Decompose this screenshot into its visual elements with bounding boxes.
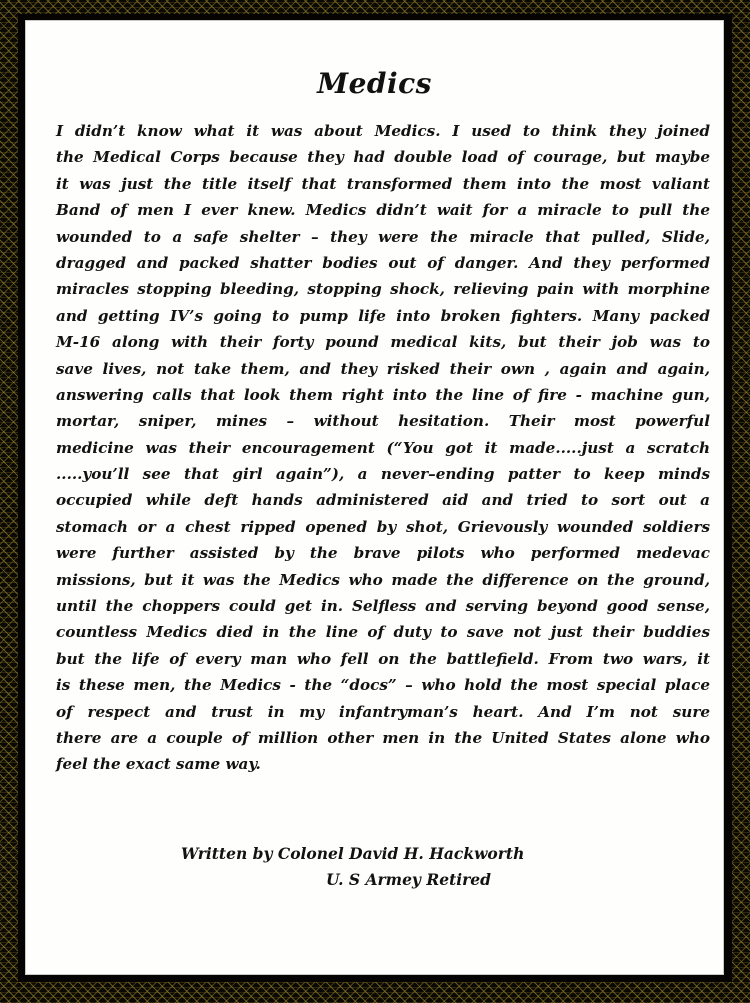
text-line: of respect and trust in my infantryman’s… — [56, 699, 710, 725]
text-line: were further assisted by the brave pilot… — [56, 540, 710, 566]
text-line: answering calls that look them right int… — [56, 382, 710, 408]
text-line: countless Medics died in the line of dut… — [56, 619, 710, 645]
text-line: missions, but it was the Medics who made… — [56, 567, 710, 593]
text-line: M-16 along with their forty pound medica… — [56, 329, 710, 355]
text-line: it was just the title itself that transf… — [56, 171, 710, 197]
text-line: .....you’ll see that girl again”), a nev… — [56, 461, 710, 487]
signature-block: Written by Colonel David H. Hackworth U.… — [181, 841, 601, 893]
text-line: but the life of every man who fell on th… — [56, 646, 710, 672]
text-line: stomach or a chest ripped opened by shot… — [56, 514, 710, 540]
text-line-final: feel the exact same way. — [56, 751, 710, 777]
text-line: occupied while deft hands administered a… — [56, 487, 710, 513]
text-line: save lives, not take them, and they risk… — [56, 356, 710, 382]
text-line: is these men, the Medics - the “docs” – … — [56, 672, 710, 698]
text-line: Band of men I ever knew. Medics didn’t w… — [56, 197, 710, 223]
text-line: mortar, sniper, mines – without hesitati… — [56, 408, 710, 434]
text-line: there are a couple of million other men … — [56, 725, 710, 751]
text-line: and getting IV’s going to pump life into… — [56, 303, 710, 329]
body-paragraph: I didn’t know what it was about Medics. … — [56, 118, 710, 778]
document-page: Medics I didn’t know what it was about M… — [26, 21, 723, 974]
text-line: miracles stopping bleeding, stopping sho… — [56, 276, 710, 302]
text-line: I didn’t know what it was about Medics. … — [56, 118, 710, 144]
text-line: until the choppers could get in. Selfles… — [56, 593, 710, 619]
text-line: wounded to a safe shelter – they were th… — [56, 224, 710, 250]
rank-line: U. S Armey Retired — [181, 867, 601, 893]
text-line: dragged and packed shatter bodies out of… — [56, 250, 710, 276]
text-line: the Medical Corps because they had doubl… — [56, 144, 710, 170]
text-line: medicine was their encouragement (“You g… — [56, 435, 710, 461]
page-title: Medics — [26, 67, 723, 100]
author-line: Written by Colonel David H. Hackworth — [181, 841, 601, 867]
